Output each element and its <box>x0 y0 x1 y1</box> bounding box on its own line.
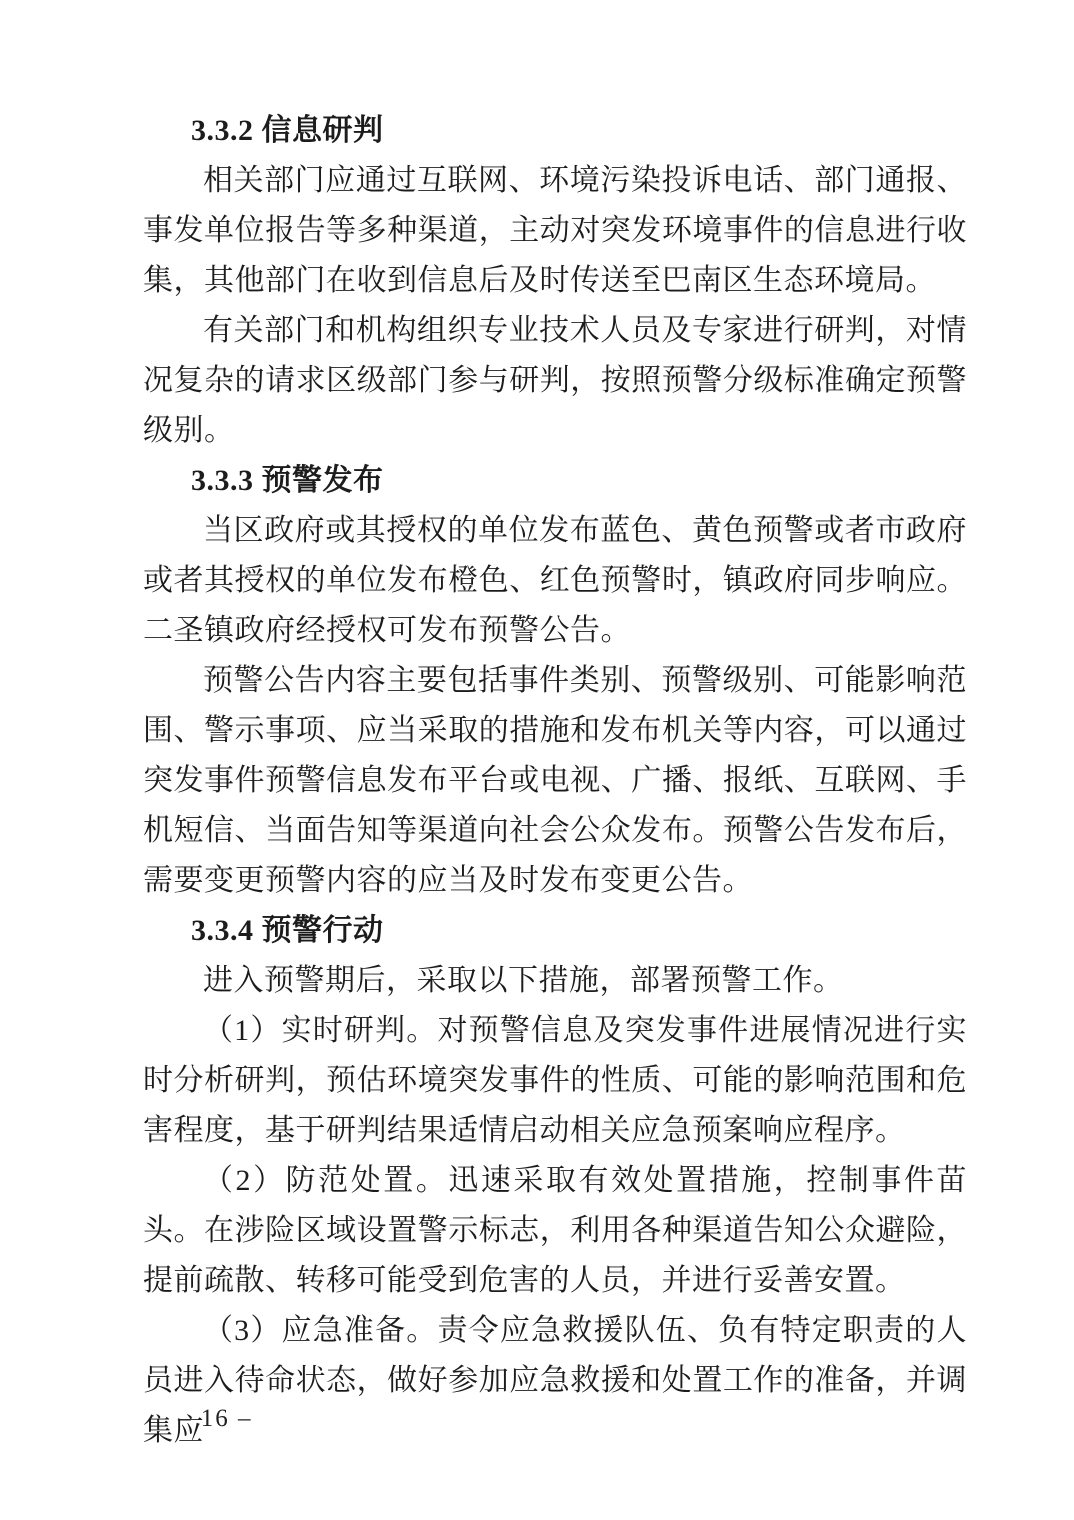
section-heading-3-3-3: 3.3.3 预警发布 <box>143 456 967 506</box>
document-body: 3.3.2 信息研判 相关部门应通过互联网、环境污染投诉电话、部门通报、事发单位… <box>143 106 967 1456</box>
section-heading-3-3-2: 3.3.2 信息研判 <box>143 106 967 156</box>
paragraph-info-collection: 相关部门应通过互联网、环境污染投诉电话、部门通报、事发单位报告等多种渠道，主动对… <box>143 156 967 306</box>
page-number: – 16 – <box>178 1405 253 1432</box>
document-page: 3.3.2 信息研判 相关部门应通过互联网、环境污染投诉电话、部门通报、事发单位… <box>0 0 1074 1520</box>
section-heading-3-3-4: 3.3.4 预警行动 <box>143 906 967 956</box>
page-footer: – 16 – <box>178 1402 253 1436</box>
paragraph-expert-assessment: 有关部门和机构组织专业技术人员及专家进行研判，对情况复杂的请求区级部门参与研判，… <box>143 306 967 456</box>
paragraph-warning-announcement-content: 预警公告内容主要包括事件类别、预警级别、可能影响范围、警示事项、应当采取的措施和… <box>143 656 967 906</box>
paragraph-warning-period-intro: 进入预警期后，采取以下措施，部署预警工作。 <box>143 956 967 1006</box>
paragraph-item-2-preventive-disposal: （2）防范处置。迅速采取有效处置措施，控制事件苗头。在涉险区域设置警示标志，利用… <box>143 1156 967 1306</box>
paragraph-item-3-emergency-preparation: （3）应急准备。责令应急救援队伍、负有特定职责的人员进入待命状态，做好参加应急救… <box>143 1306 967 1456</box>
paragraph-warning-issuance: 当区政府或其授权的单位发布蓝色、黄色预警或者市政府或者其授权的单位发布橙色、红色… <box>143 506 967 656</box>
paragraph-item-1-realtime-assessment: （1）实时研判。对预警信息及突发事件进展情况进行实时分析研判，预估环境突发事件的… <box>143 1006 967 1156</box>
